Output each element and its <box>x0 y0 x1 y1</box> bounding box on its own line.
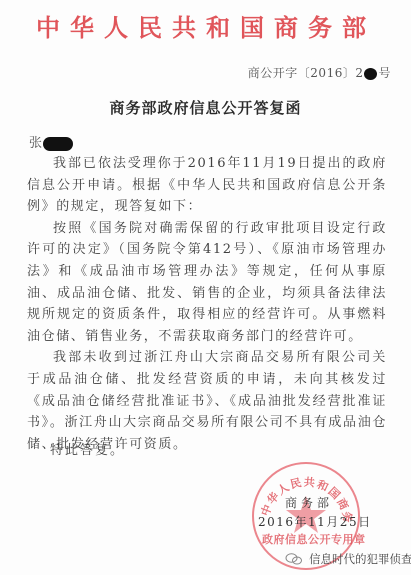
body-paragraph: 按照《国务院对确需保留的行政审批项目设定行政许可的决定》（国务院令第412号）、… <box>27 218 387 348</box>
letter-body: 我部已依法受理你于2016年11月19日提出的政府信息公开申请。根据《中华人民共… <box>27 153 387 455</box>
signature-organization: 商务部 <box>285 494 333 511</box>
redaction-mark <box>43 137 73 151</box>
document-number-prefix: 商公开字〔2016〕2 <box>248 66 364 80</box>
letterhead-title: 中华人民共和国商务部 <box>36 13 386 43</box>
body-paragraph: 我部已依法受理你于2016年11月19日提出的政府信息公开申请。根据《中华人民共… <box>27 153 387 218</box>
document-title: 商务部政府信息公开答复函 <box>0 97 411 118</box>
seal-bottom-text: 政府信息公开专用章 <box>262 531 366 547</box>
watermark: 信息时代的犯罪侦查 <box>285 551 411 567</box>
redaction-mark <box>364 68 377 80</box>
document-page: 中华人民共和国商务部 商公开字〔2016〕2号 商务部政府信息公开答复函 张 我… <box>0 0 411 575</box>
document-number: 商公开字〔2016〕2号 <box>248 64 391 81</box>
closing-line: 特此答复。 <box>50 439 125 458</box>
wechat-icon <box>285 553 303 565</box>
document-number-suffix: 号 <box>378 66 391 80</box>
salutation: 张 <box>29 132 73 151</box>
signature-date: 2016年11月25日 <box>258 513 372 530</box>
recipient-name: 张 <box>29 136 42 151</box>
watermark-text: 信息时代的犯罪侦查 <box>309 551 411 567</box>
